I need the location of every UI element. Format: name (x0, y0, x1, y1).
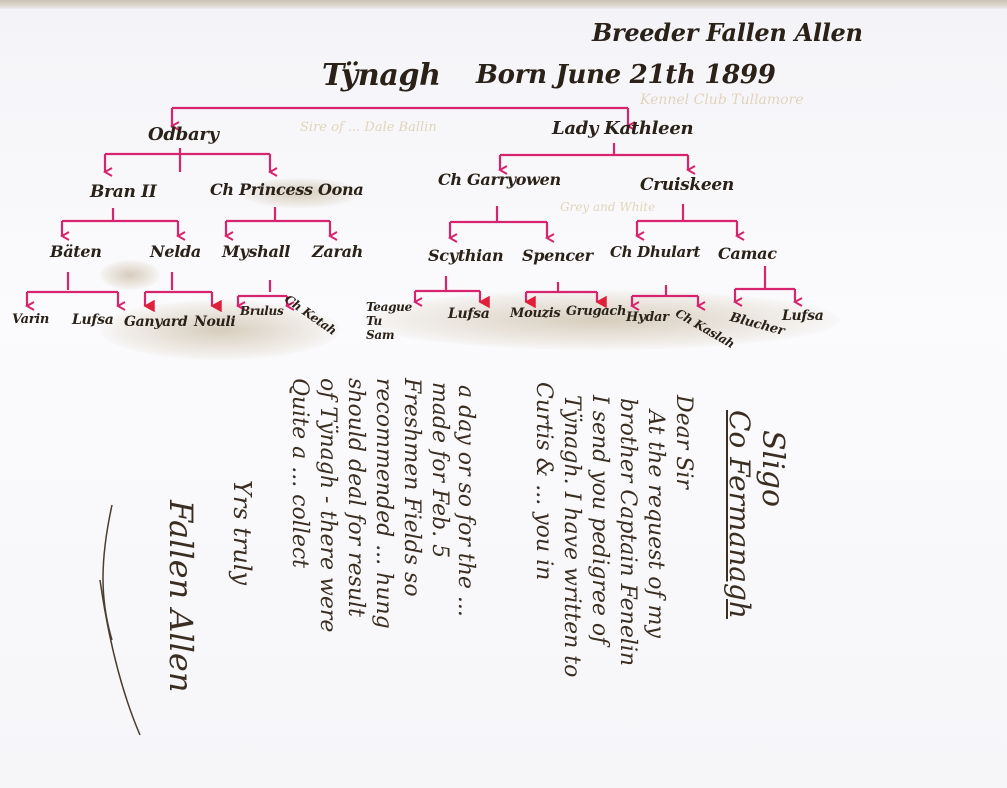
scanned-document-page: Kennel Club Tullamore Sire of ... Dale B… (0, 0, 1007, 788)
signature-flourish (0, 0, 1007, 788)
